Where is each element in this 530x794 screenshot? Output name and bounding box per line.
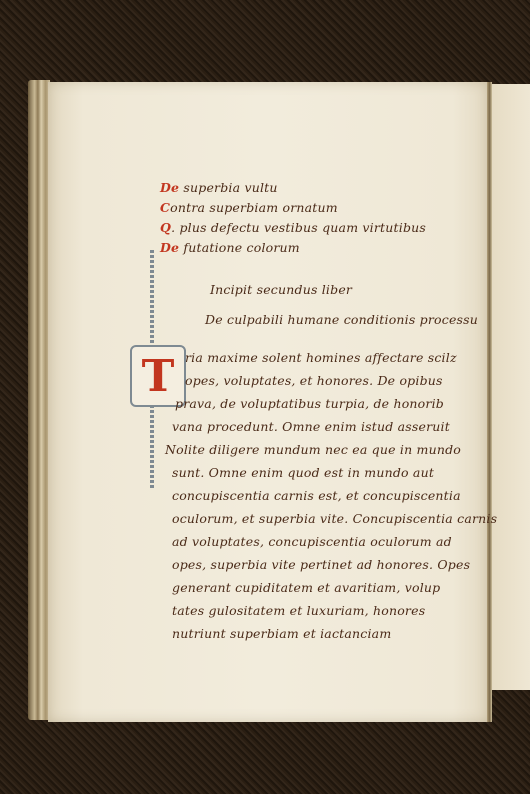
text-line: tates gulositatem et luxuriam, honores bbox=[172, 603, 425, 618]
text-line: opes, superbia vite pertinet ad honores.… bbox=[172, 557, 470, 572]
text-line: nutriunt superbiam et iactanciam bbox=[172, 626, 391, 641]
book-cover-background bbox=[0, 0, 530, 82]
chapter-item: De futatione colorum bbox=[160, 240, 300, 255]
incipit-heading: Incipit secundus liber bbox=[210, 282, 352, 297]
page-stack-edge bbox=[28, 80, 50, 720]
text-line: oculorum, et superbia vite. Concupiscent… bbox=[172, 511, 497, 526]
text-line: Nolite diligere mundum nec ea que in mun… bbox=[165, 442, 461, 457]
text-line: vana procedunt. Omne enim istud asseruit bbox=[172, 419, 450, 434]
manuscript-page-right bbox=[492, 84, 530, 690]
section-heading: De culpabili humane conditionis processu bbox=[205, 312, 478, 327]
chapter-item: De superbia vultu bbox=[160, 180, 278, 195]
text-line: prava, de voluptatibus turpia, de honori… bbox=[175, 396, 444, 411]
text-line: ria maxime solent homines affectare scil… bbox=[185, 350, 457, 365]
chapter-item: Contra superbiam ornatum bbox=[160, 200, 338, 215]
initial-letter: T bbox=[142, 351, 175, 402]
text-line: generant cupiditatem et avaritiam, volup bbox=[172, 580, 440, 595]
text-line: ad voluptates, concupiscentia oculorum a… bbox=[172, 534, 452, 549]
chapter-item: Q. plus defectu vestibus quam virtutibus bbox=[160, 220, 426, 235]
text-line: sunt. Omne enim quod est in mundo aut bbox=[172, 465, 434, 480]
text-line: concupiscentia carnis est, et concupisce… bbox=[172, 488, 461, 503]
text-line: opes, voluptates, et honores. De opibus bbox=[185, 373, 443, 388]
